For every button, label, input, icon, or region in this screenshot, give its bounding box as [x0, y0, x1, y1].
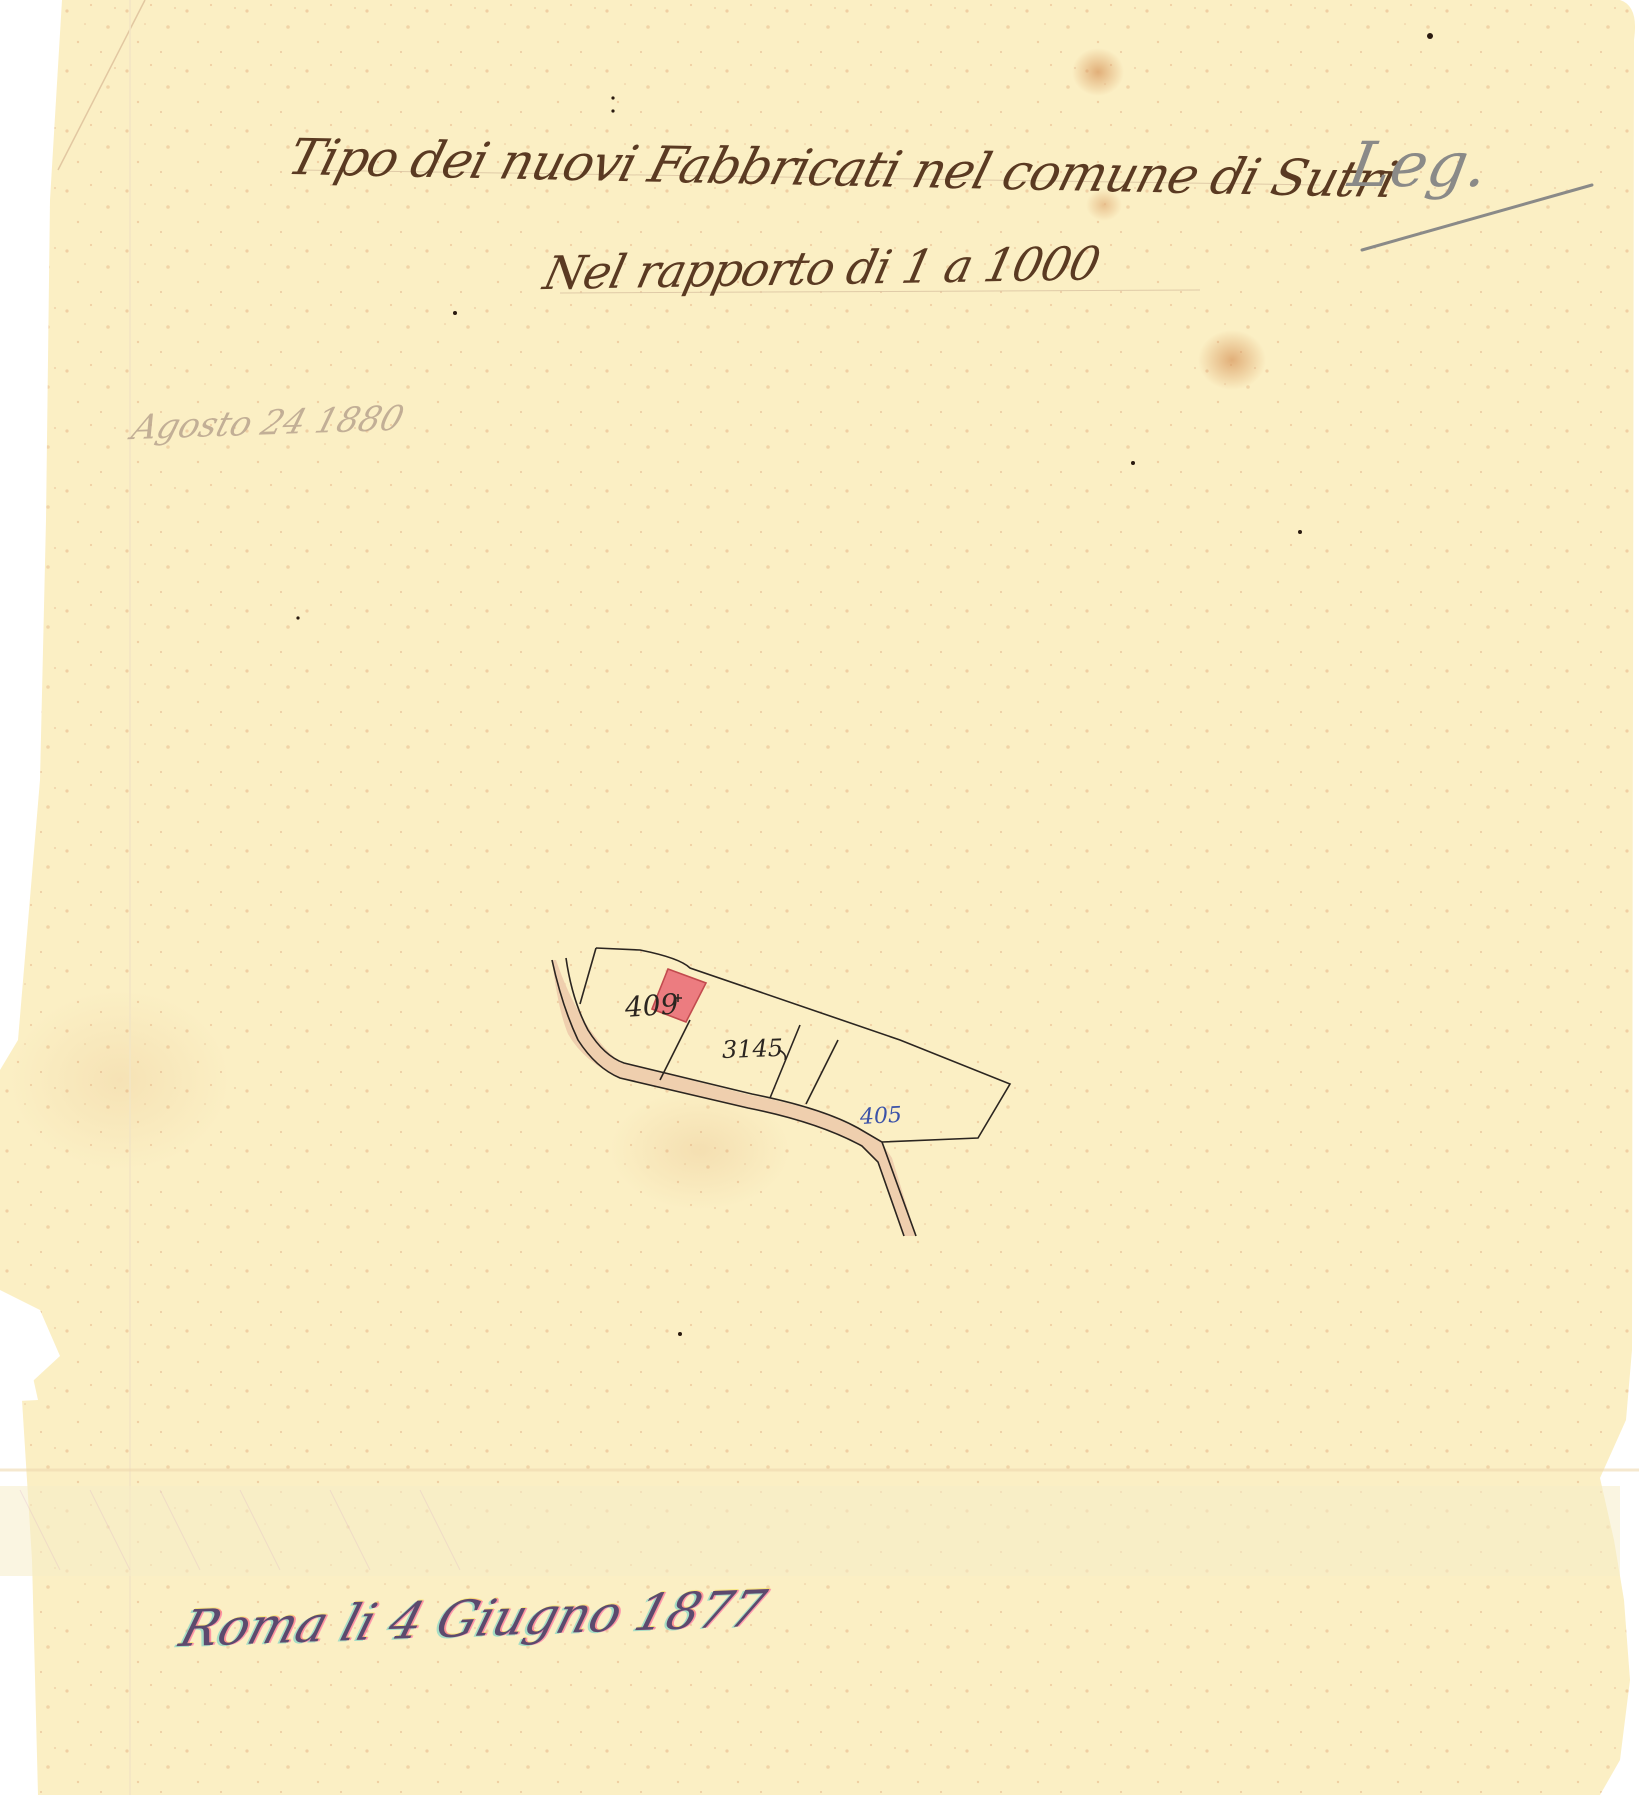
parcel-label-409: 409 — [624, 987, 680, 1024]
pencil-annotation: Leg. — [1344, 128, 1494, 201]
parcel-label-405: 405 — [859, 1103, 902, 1130]
scanned-document: Tipo dei nuovi Fabbricati nel comune di … — [0, 0, 1639, 1795]
scale-subtitle: Nel rapporto di 1 a 1000 — [539, 236, 1105, 300]
parcel-label-3145: 3145 — [722, 1034, 784, 1064]
